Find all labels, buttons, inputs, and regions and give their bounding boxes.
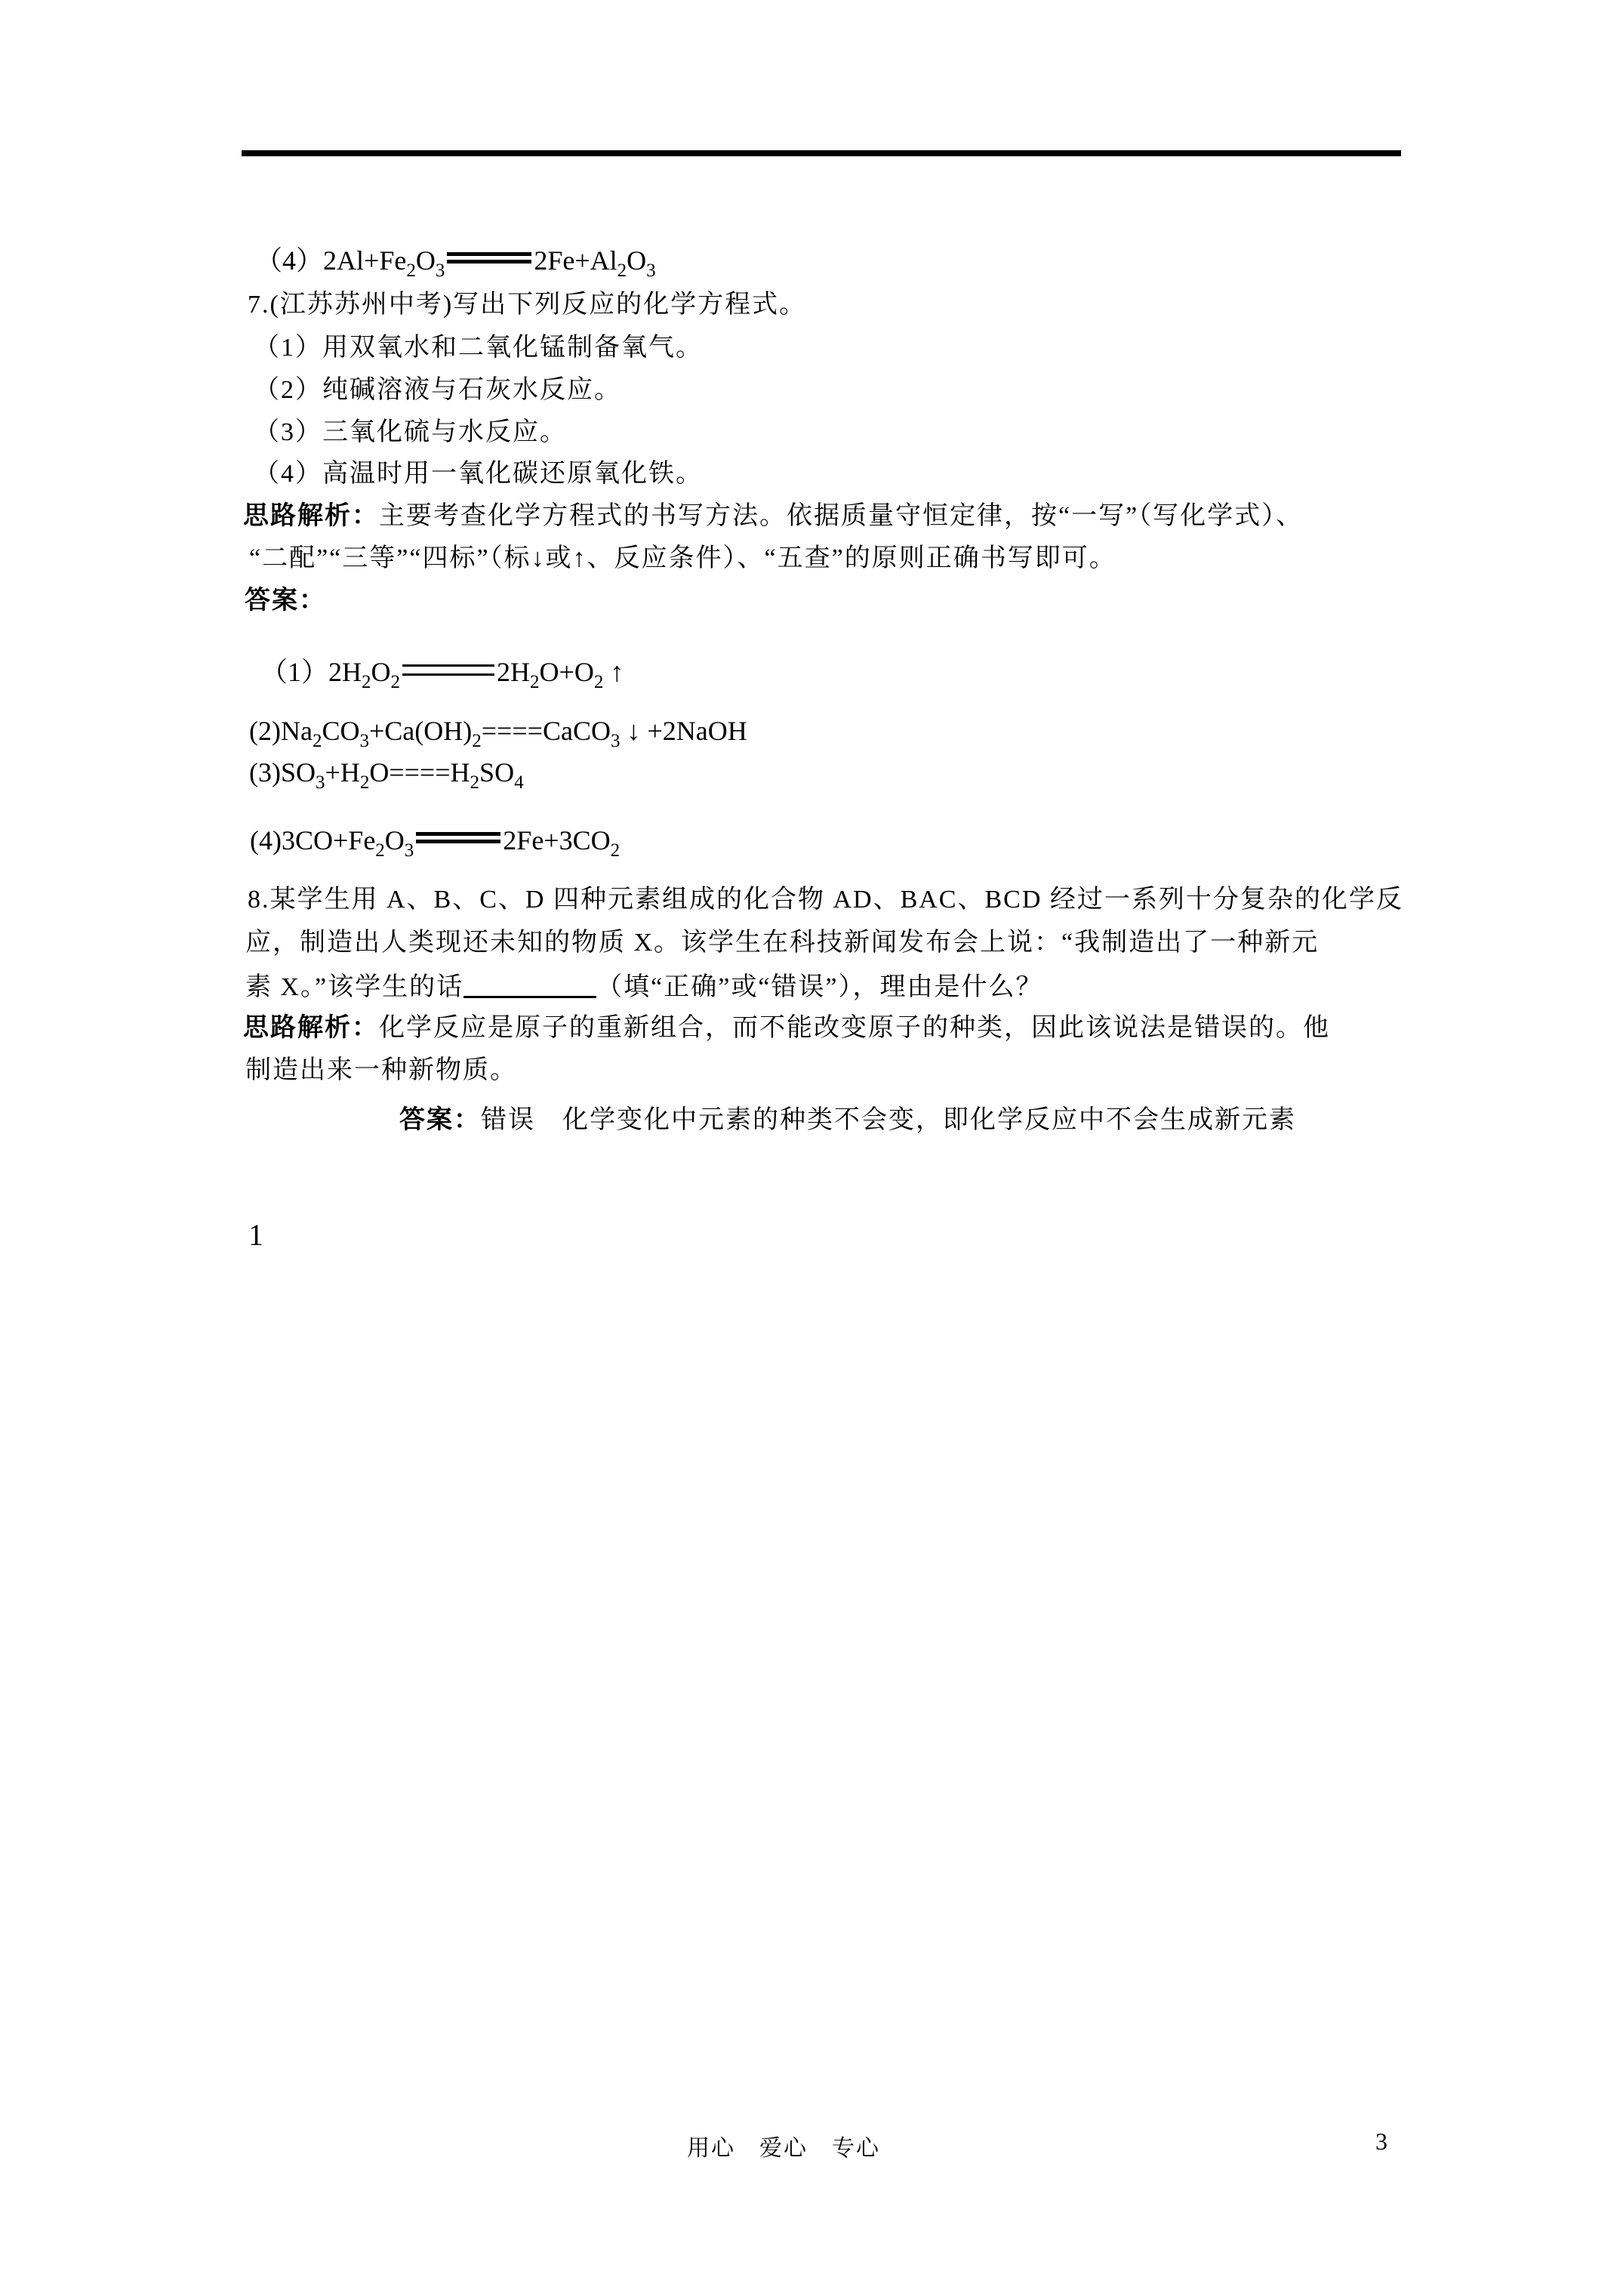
question-7-item-2: （2）纯碱溶液与石灰水反应。: [254, 368, 621, 411]
answer-equation-4: (4)3CO+Fe2O32Fe+3CO2: [250, 819, 620, 872]
document-page: （4）2Al+Fe2O32Fe+Al2O3 7.(江苏苏州中考)写出下列反应的化…: [0, 0, 1623, 2296]
formula-text: SO: [281, 757, 316, 787]
equation-item-number: （4）: [255, 245, 323, 276]
subscript: 2: [313, 731, 322, 751]
subscript: 2: [617, 260, 627, 281]
fill-in-blank-line: [463, 973, 596, 998]
down-arrow: ↓ +2NaOH: [620, 716, 747, 746]
subscript: 2: [472, 731, 482, 751]
question-text: （2）纯碱溶液与石灰水反应。: [254, 376, 621, 404]
formula-text: O: [385, 825, 405, 855]
formula-text: 3CO+Fe: [282, 825, 375, 855]
formula-text: 2Fe+Al: [534, 245, 617, 276]
question-text: 素 X。”该学生的话: [245, 973, 463, 1001]
analysis-label: 思路解析：: [243, 1014, 379, 1042]
subscript: 2: [362, 672, 371, 692]
formula-text: SO: [479, 757, 514, 787]
double-equals-line: [447, 252, 531, 264]
analysis-text: 主要考查化学方程式的书写方法。依据质量守恒定律，按“一写”（写化学式）、: [379, 502, 1303, 530]
answer-text: 错误 化学变化中元素的种类不会变，即化学反应中不会生成新元素: [481, 1106, 1296, 1134]
subscript: 3: [646, 260, 656, 281]
formula-text: O+O: [540, 657, 594, 687]
formula-text: 2Fe+3CO: [503, 825, 610, 855]
formula-text: 2H: [497, 657, 530, 687]
question-8-line-3: 素 X。”该学生的话（填“正确”或“错误”），理由是什么？: [245, 966, 1043, 1009]
subscript: 2: [360, 772, 370, 793]
answer-equation-1: （1）2H2O22H2O+O2 ↑: [260, 651, 624, 704]
question-text: （填“正确”或“错误”），理由是什么？: [596, 973, 1042, 1001]
analysis-label: 思路解析：: [243, 502, 379, 530]
question-text: （4）高温时用一氧化碳还原氧化铁。: [254, 460, 703, 488]
analysis-text: 制造出来一种新物质。: [245, 1056, 517, 1084]
subscript: 3: [436, 260, 445, 281]
question-7-item-3: （3）三氧化硫与水反应。: [254, 411, 567, 454]
answer-equation-3: (3)SO3+H2O====H2SO4: [249, 751, 524, 804]
question-7-stem: 7.(江苏苏州中考)写出下列反应的化学方程式。: [248, 283, 806, 326]
question-text: 应，制造出人类现还未知的物质 X。该学生在科技新闻发布会上说：“我制造出了一种新…: [245, 929, 1319, 957]
question-text: （3）三氧化硫与水反应。: [254, 418, 567, 446]
question-8-line-2: 应，制造出人类现还未知的物质 X。该学生在科技新闻发布会上说：“我制造出了一种新…: [245, 921, 1319, 964]
subscript: 3: [316, 772, 325, 793]
subscript: 3: [611, 731, 621, 751]
formula-text: O: [416, 245, 436, 276]
subscript: 4: [514, 772, 524, 793]
double-equals-line: [402, 664, 494, 676]
analysis-2-line-2: 制造出来一种新物质。: [245, 1049, 517, 1092]
subscript: 3: [405, 840, 414, 861]
body-page-number: 1: [248, 1217, 263, 1253]
formula-text: Na: [281, 716, 313, 746]
subscript: 2: [375, 840, 385, 861]
subscript: 2: [406, 260, 416, 281]
answer-2-line: 答案：错误 化学变化中元素的种类不会变，即化学反应中不会生成新元素: [399, 1099, 1296, 1142]
answer-label: 答案：: [245, 587, 326, 615]
equation-item-number: (2): [249, 716, 281, 746]
equation-item-number: (4): [250, 825, 282, 855]
analysis-text: 化学反应是原子的重新组合，而不能改变原子的种类，因此该说法是错误的。他: [379, 1014, 1330, 1042]
question-text: 7.(江苏苏州中考)写出下列反应的化学方程式。: [248, 291, 806, 319]
equation-item-number: （1）: [260, 657, 328, 687]
header-rule: [242, 150, 1401, 156]
analysis-2-line-1: 思路解析：化学反应是原子的重新组合，而不能改变原子的种类，因此该说法是错误的。他: [243, 1006, 1330, 1049]
subscript: 2: [391, 672, 401, 692]
analysis-1-line-2: “二配”“三等”“四标”（标↓或↑、反应条件）、“五查”的原则正确书写即可。: [249, 537, 1116, 580]
formula-text: ====CaCO: [482, 716, 611, 746]
subscript: 2: [594, 672, 604, 692]
question-text: （1）用双氧水和二氧化锰制备氧气。: [254, 334, 703, 362]
formula-text: O: [627, 245, 646, 276]
subscript: 2: [530, 672, 540, 692]
subscript: 2: [611, 840, 621, 861]
question-7-item-1: （1）用双氧水和二氧化锰制备氧气。: [254, 326, 703, 369]
analysis-text: “二配”“三等”“四标”（标↓或↑、反应条件）、“五查”的原则正确书写即可。: [249, 544, 1116, 572]
formula-text: +H: [325, 757, 360, 787]
formula-text: O: [371, 657, 391, 687]
subscript: 2: [470, 772, 480, 793]
subscript: 3: [359, 731, 369, 751]
up-arrow: ↑: [603, 657, 624, 687]
footer-motto: 用心 爱心 专心: [687, 2129, 880, 2162]
answer-1-label: 答案：: [245, 579, 326, 622]
formula-text: 2Al+Fe: [323, 245, 406, 276]
question-8-line-1: 8.某学生用 A、B、C、D 四种元素组成的化合物 AD、BAC、BCD 经过一…: [248, 878, 1403, 921]
double-equals-line: [416, 832, 500, 843]
formula-text: +Ca(OH): [369, 716, 472, 746]
analysis-1-line-1: 思路解析：主要考查化学方程式的书写方法。依据质量守恒定律，按“一写”（写化学式）…: [243, 495, 1303, 538]
equation-item-number: (3): [249, 757, 281, 787]
question-text: 8.某学生用 A、B、C、D 四种元素组成的化合物 AD、BAC、BCD 经过一…: [248, 886, 1403, 914]
footer-page-number: 3: [1375, 2128, 1387, 2156]
formula-text: 2H: [328, 657, 362, 687]
formula-text: CO: [322, 716, 359, 746]
question-7-item-4: （4）高温时用一氧化碳还原氧化铁。: [254, 452, 703, 495]
formula-text: O====H: [369, 757, 470, 787]
answer-label: 答案：: [399, 1106, 481, 1134]
